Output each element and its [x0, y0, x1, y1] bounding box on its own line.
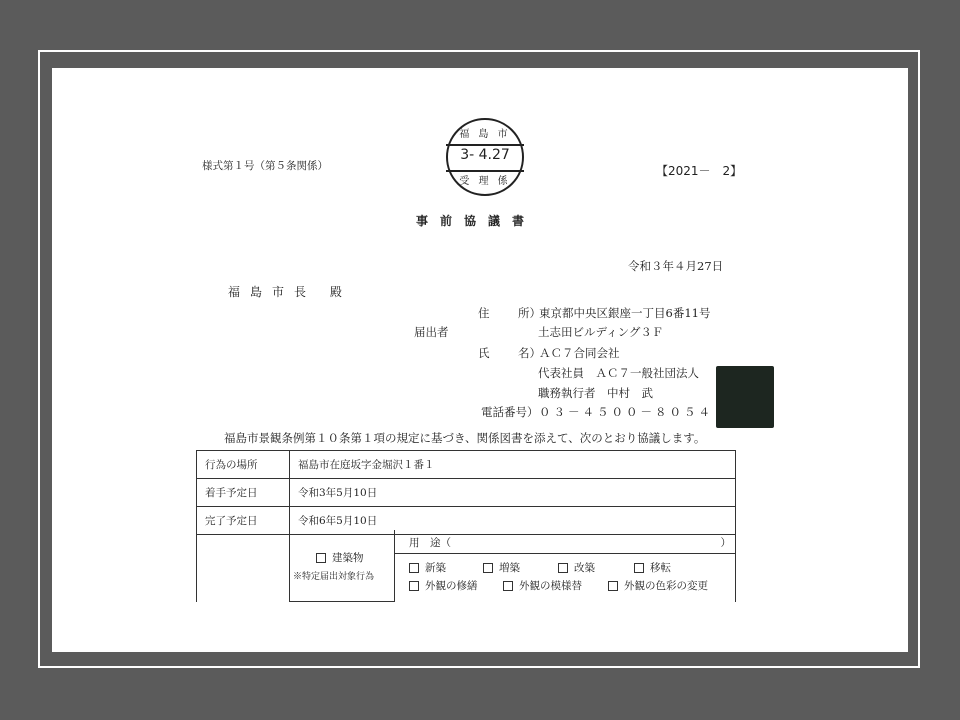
name-label-b: 名） [518, 345, 541, 361]
action-options: 新築 増築 改築 移転 外観の修繕 外観の模様替 外観の色彩の変更 [395, 554, 736, 602]
option-new[interactable]: 新築 [409, 560, 446, 575]
checkbox-icon [409, 563, 419, 573]
option-label: 改築 [574, 562, 595, 574]
form-table: 行為の場所 福島市在庭坂字金堀沢１番１ 着手予定日 令和3年5月10日 完了予定… [196, 450, 736, 535]
building-note: ※特定届出対象行為 [293, 569, 374, 582]
option-rebuild[interactable]: 改築 [558, 560, 595, 575]
name-line-3: 職務執行者 中村 武 [538, 385, 653, 401]
use-row: 用 途（ ） [395, 530, 736, 554]
row-header: 着手予定日 [197, 479, 290, 507]
option-relocation[interactable]: 移転 [634, 560, 671, 575]
option-label: 外観の模様替 [519, 580, 582, 592]
redacted-seal [716, 366, 774, 428]
option-label: 外観の修繕 [425, 580, 478, 592]
document-page: 様式第１号（第５条関係） 福 島 市 3- 4.27 受 理 係 【2021－ … [52, 68, 908, 652]
phone-number: ０３－４５００－８０５４ [539, 404, 713, 420]
reference-number: 【2021－ 2】 [656, 162, 742, 179]
option-exterior-remodel[interactable]: 外観の模様替 [503, 578, 582, 593]
option-label: 移転 [650, 562, 671, 574]
checkbox-icon [558, 563, 568, 573]
statement: 福島市景観条例第１０条第１項の規定に基づき、関係図書を添えて、次のとおり協議しま… [224, 430, 705, 446]
option-extension[interactable]: 増築 [483, 560, 520, 575]
building-label: 建築物 [332, 552, 364, 564]
document-date: 令和３年４月27日 [628, 258, 723, 274]
checkbox-icon [608, 581, 618, 591]
checkbox-icon [409, 581, 419, 591]
stamp-top-text: 福 島 市 [448, 125, 522, 140]
checkbox-icon [483, 563, 493, 573]
option-label: 増築 [499, 562, 520, 574]
building-cell: 建築物 ※特定届出対象行為 [289, 530, 395, 602]
row-value: 福島市在庭坂字金堀沢１番１ [290, 451, 736, 479]
address-line-2: 土志田ビルディング３Ｆ [538, 324, 663, 340]
option-exterior-color[interactable]: 外観の色彩の変更 [608, 578, 708, 593]
option-label: 新築 [425, 562, 446, 574]
received-stamp: 福 島 市 3- 4.27 受 理 係 [446, 118, 524, 196]
name-label-a: 氏 [478, 345, 490, 361]
document-title: 事前協議書 [416, 212, 536, 229]
option-exterior-repair[interactable]: 外観の修繕 [409, 578, 478, 593]
form-number: 様式第１号（第５条関係） [202, 158, 328, 173]
option-label: 外観の色彩の変更 [624, 580, 708, 592]
table-left-stub [196, 530, 290, 602]
address-label-a: 住 [478, 305, 490, 321]
checkbox-icon [316, 553, 326, 563]
address-line-1: 東京都中央区銀座一丁目6番11号 [539, 305, 710, 321]
phone-label: 電話番号） [481, 404, 539, 420]
name-line-1: ＡＣ７合同会社 [539, 345, 620, 361]
address-label-b: 所） [518, 305, 541, 321]
table-row: 行為の場所 福島市在庭坂字金堀沢１番１ [197, 451, 736, 479]
row-header: 行為の場所 [197, 451, 290, 479]
table-row: 着手予定日 令和3年5月10日 [197, 479, 736, 507]
stamp-date: 3- 4.27 [448, 147, 522, 163]
building-checkbox[interactable]: 建築物 [316, 550, 364, 565]
row-value: 令和3年5月10日 [290, 479, 736, 507]
checkbox-icon [503, 581, 513, 591]
submitter-label: 届出者 [414, 324, 449, 340]
use-label: 用 途（ [409, 535, 451, 550]
addressee: 福島市長 殿 [228, 283, 352, 300]
stamp-bottom-text: 受 理 係 [448, 172, 522, 187]
name-line-2: 代表社員 ＡＣ７一般社団法人 [538, 365, 699, 381]
checkbox-icon [634, 563, 644, 573]
use-close: ） [721, 535, 732, 550]
